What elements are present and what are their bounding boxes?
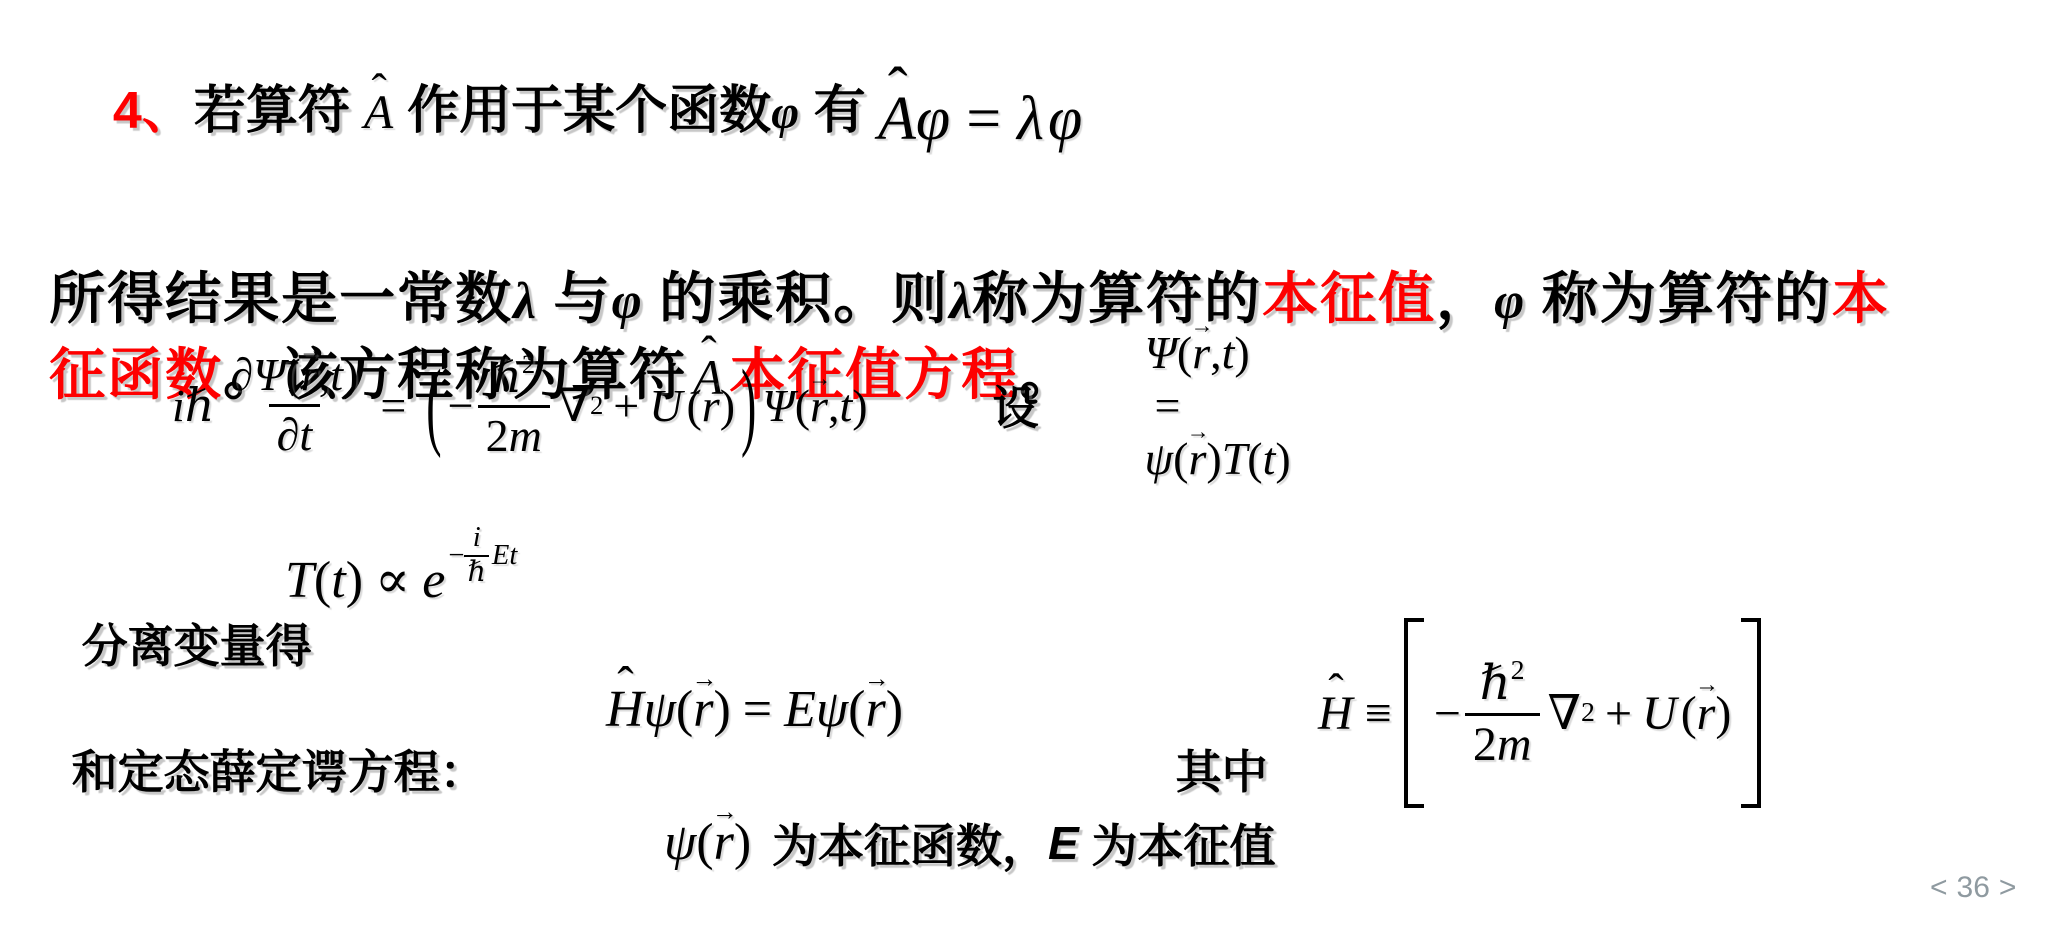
time-factor-equation: T(t) ∝ e − i ℏ Et <box>285 540 517 620</box>
hbar-symbol: ℏ <box>1480 657 1511 710</box>
math-t: t <box>1263 433 1276 484</box>
separation-text: 分离变量得 <box>82 620 312 672</box>
hamiltonian-definition: ˆH ≡ − ℏ2 2m ∇2 + U (→r) <box>1318 618 1761 808</box>
hbar-symbol: ℏ <box>185 378 215 432</box>
equals-sign: = <box>380 379 406 432</box>
hamiltonian-H-hat: ˆH <box>1318 686 1353 741</box>
suppose-label: 设 <box>993 372 1039 438</box>
big-close-paren: ) <box>741 356 756 455</box>
exponent-group: − i ℏ Et <box>448 524 517 587</box>
r-vector: →r <box>702 379 720 432</box>
Psi-symbol: Ψ <box>1145 327 1177 378</box>
Psi-symbol: Ψ <box>762 379 794 432</box>
slide-title: 4、若算符ˆA作用于某个函数φ 有 <box>84 8 866 143</box>
partial-symbol: ∂ <box>277 409 300 460</box>
identical-to-sign: ≡ <box>1365 686 1392 741</box>
prev-slide-arrow[interactable]: < <box>1930 871 1948 905</box>
schrodinger-equation-row: iℏ ∂Ψ(→r,t) ∂t = ( − ℏ2 2m ∇2 + U (→r) )… <box>172 330 1291 480</box>
page-navigation: < 36 > <box>1930 870 2016 906</box>
psi-symbol: ψ <box>816 680 848 739</box>
hbar-squared-over-2m: ℏ2 2m <box>1465 656 1540 771</box>
hbar-squared-over-2m: ℏ2 2m <box>478 350 550 461</box>
vector-arrow-icon: → <box>700 367 723 390</box>
vector-arrow-icon: → <box>1187 420 1210 443</box>
math-U: U <box>1642 686 1677 741</box>
math-U: U <box>649 379 682 432</box>
r-vector: →r <box>1192 326 1210 379</box>
hbar-symbol: ℏ <box>492 351 522 402</box>
hamiltonian-H-hat: ˆH <box>606 680 644 739</box>
item-number: 4、 <box>113 82 194 140</box>
digit-2: 2 <box>486 410 509 461</box>
operator-A-hat: ˆA <box>878 84 916 155</box>
fraction-denominator: ℏ <box>464 555 488 588</box>
math-e: e <box>422 551 445 610</box>
big-open-paren: ( <box>426 356 441 455</box>
title-text-3: 有 <box>799 82 865 140</box>
close-paren: ) <box>1275 433 1290 484</box>
psi-symbol: ψ <box>1145 433 1174 484</box>
next-slide-arrow[interactable]: > <box>1999 871 2017 905</box>
math-lambda: λ <box>1017 84 1044 155</box>
math-phi: φ <box>916 84 950 155</box>
vector-arrow-icon: → <box>1695 673 1719 697</box>
page-number: 36 <box>1957 871 1990 905</box>
fraction-numerator: ∂Ψ(→r,t) <box>222 351 366 403</box>
close-paren: ) <box>343 349 358 400</box>
math-t: t <box>299 409 312 460</box>
proportional-sign: ∝ <box>375 550 410 610</box>
psi-of-r: ψ(→r) <box>612 754 751 926</box>
vector-arrow-icon: → <box>691 666 717 692</box>
math-t: t <box>839 379 852 432</box>
math-Et: Et <box>492 540 517 572</box>
fraction-denominator: 2m <box>1465 713 1540 770</box>
vector-arrow-icon: → <box>299 339 322 362</box>
math-m: m <box>1497 718 1532 771</box>
nabla-symbol: ∇ <box>558 378 590 432</box>
vector-arrow-icon: → <box>1191 314 1214 337</box>
open-paren: ( <box>1247 433 1262 484</box>
psi-symbol: ψ <box>644 680 676 739</box>
r-vector: →r <box>301 351 319 399</box>
r-vector: →r <box>810 379 828 432</box>
math-E: E <box>784 680 816 739</box>
vector-arrow-icon: → <box>808 367 831 390</box>
eigenvalue-equation: ˆA φ = λ φ <box>878 74 1082 164</box>
math-T: T <box>285 551 314 610</box>
math-m: m <box>509 410 542 461</box>
math-i: i <box>172 379 185 432</box>
para-text: ， <box>1436 267 1494 330</box>
minus-sign: − <box>448 379 474 432</box>
where-label: 其中 <box>1150 682 1268 802</box>
phi-symbol: φ <box>1494 273 1524 330</box>
nabla-symbol: ∇ <box>1548 685 1582 741</box>
stationary-schrodinger-equation: ˆH ψ(→r) = Eψ(→r) <box>606 664 903 754</box>
hat-accent-icon: ˆ <box>888 60 908 119</box>
separation-ansatz: Ψ(→r,t) = ψ(→r)T(t) <box>1099 273 1291 538</box>
math-phi: φ <box>1048 84 1082 155</box>
minus-sign: − <box>448 540 464 572</box>
left-square-bracket <box>1404 618 1424 808</box>
exponent-2: 2 <box>1511 655 1525 686</box>
fraction-denominator: 2m <box>478 405 550 460</box>
math-T: T <box>1222 433 1248 484</box>
close-paren: ) <box>346 551 363 610</box>
r-vector: →r <box>1697 686 1716 741</box>
eigenfunction-term-start: 本 <box>1832 267 1890 330</box>
equals-sign: = <box>743 680 772 739</box>
close-paren: ) <box>852 379 867 432</box>
phi-symbol: φ <box>771 86 799 139</box>
plus-sign: + <box>1605 686 1632 741</box>
math-t: t <box>1222 327 1235 378</box>
math-t: t <box>330 349 343 400</box>
vector-arrow-icon: → <box>864 666 890 692</box>
para-text: 称为算符的 <box>1524 267 1832 330</box>
hat-accent-icon: ˆ <box>372 67 387 113</box>
exponent-2: 2 <box>1581 697 1595 729</box>
psi-symbol: ψ <box>664 814 696 871</box>
operator-A-hat: ˆA <box>364 85 393 140</box>
fraction-denominator: ∂t <box>269 404 321 459</box>
eigenvalue-letter-E: E <box>1048 816 1079 870</box>
i-over-hbar-fraction: i ℏ <box>464 524 488 587</box>
r-vector: →r <box>865 680 885 739</box>
exponent-2: 2 <box>590 390 603 421</box>
where-text: 其中 <box>1176 746 1268 798</box>
Psi-symbol: Ψ <box>253 349 285 400</box>
r-vector: →r <box>714 813 734 872</box>
r-vector: →r <box>693 680 713 739</box>
right-square-bracket <box>1741 618 1761 808</box>
conclusion-line: ψ(→r) 为本征函数， E 为本征值 <box>612 800 1275 885</box>
minus-sign: − <box>1434 686 1461 741</box>
r-vector: →r <box>1188 432 1206 485</box>
hat-accent-icon: ˆ <box>617 660 633 709</box>
vector-arrow-icon: → <box>712 799 738 825</box>
title-text-1: 若算符 <box>194 82 350 140</box>
fraction-numerator: ℏ2 <box>484 350 543 406</box>
equals-sign: = <box>1155 380 1181 431</box>
plus-sign: + <box>613 379 639 432</box>
partial-symbol: ∂ <box>230 349 253 400</box>
close-paren: ) <box>1234 327 1249 378</box>
stationary-equation-label: 和定态薛定谔方程： <box>46 682 486 802</box>
separation-label: 分离变量得 <box>56 556 312 676</box>
eigenfunction-label: 为本征函数， <box>759 810 1048 876</box>
digit-2: 2 <box>1473 718 1497 771</box>
open-paren: ( <box>314 551 331 610</box>
equals-sign: = <box>966 84 1001 155</box>
exponent-2: 2 <box>522 349 535 379</box>
eigenvalue-label: 为本征值 <box>1079 810 1276 876</box>
fraction-numerator: i <box>470 524 484 555</box>
stationary-text: 和定态薛定谔方程： <box>72 746 486 798</box>
time-derivative-fraction: ∂Ψ(→r,t) ∂t <box>222 351 366 459</box>
fraction-numerator: ℏ2 <box>1472 656 1533 713</box>
math-t: t <box>331 551 345 610</box>
title-text-2: 作用于某个函数 <box>407 82 771 140</box>
hat-accent-icon: ˆ <box>1328 667 1343 713</box>
